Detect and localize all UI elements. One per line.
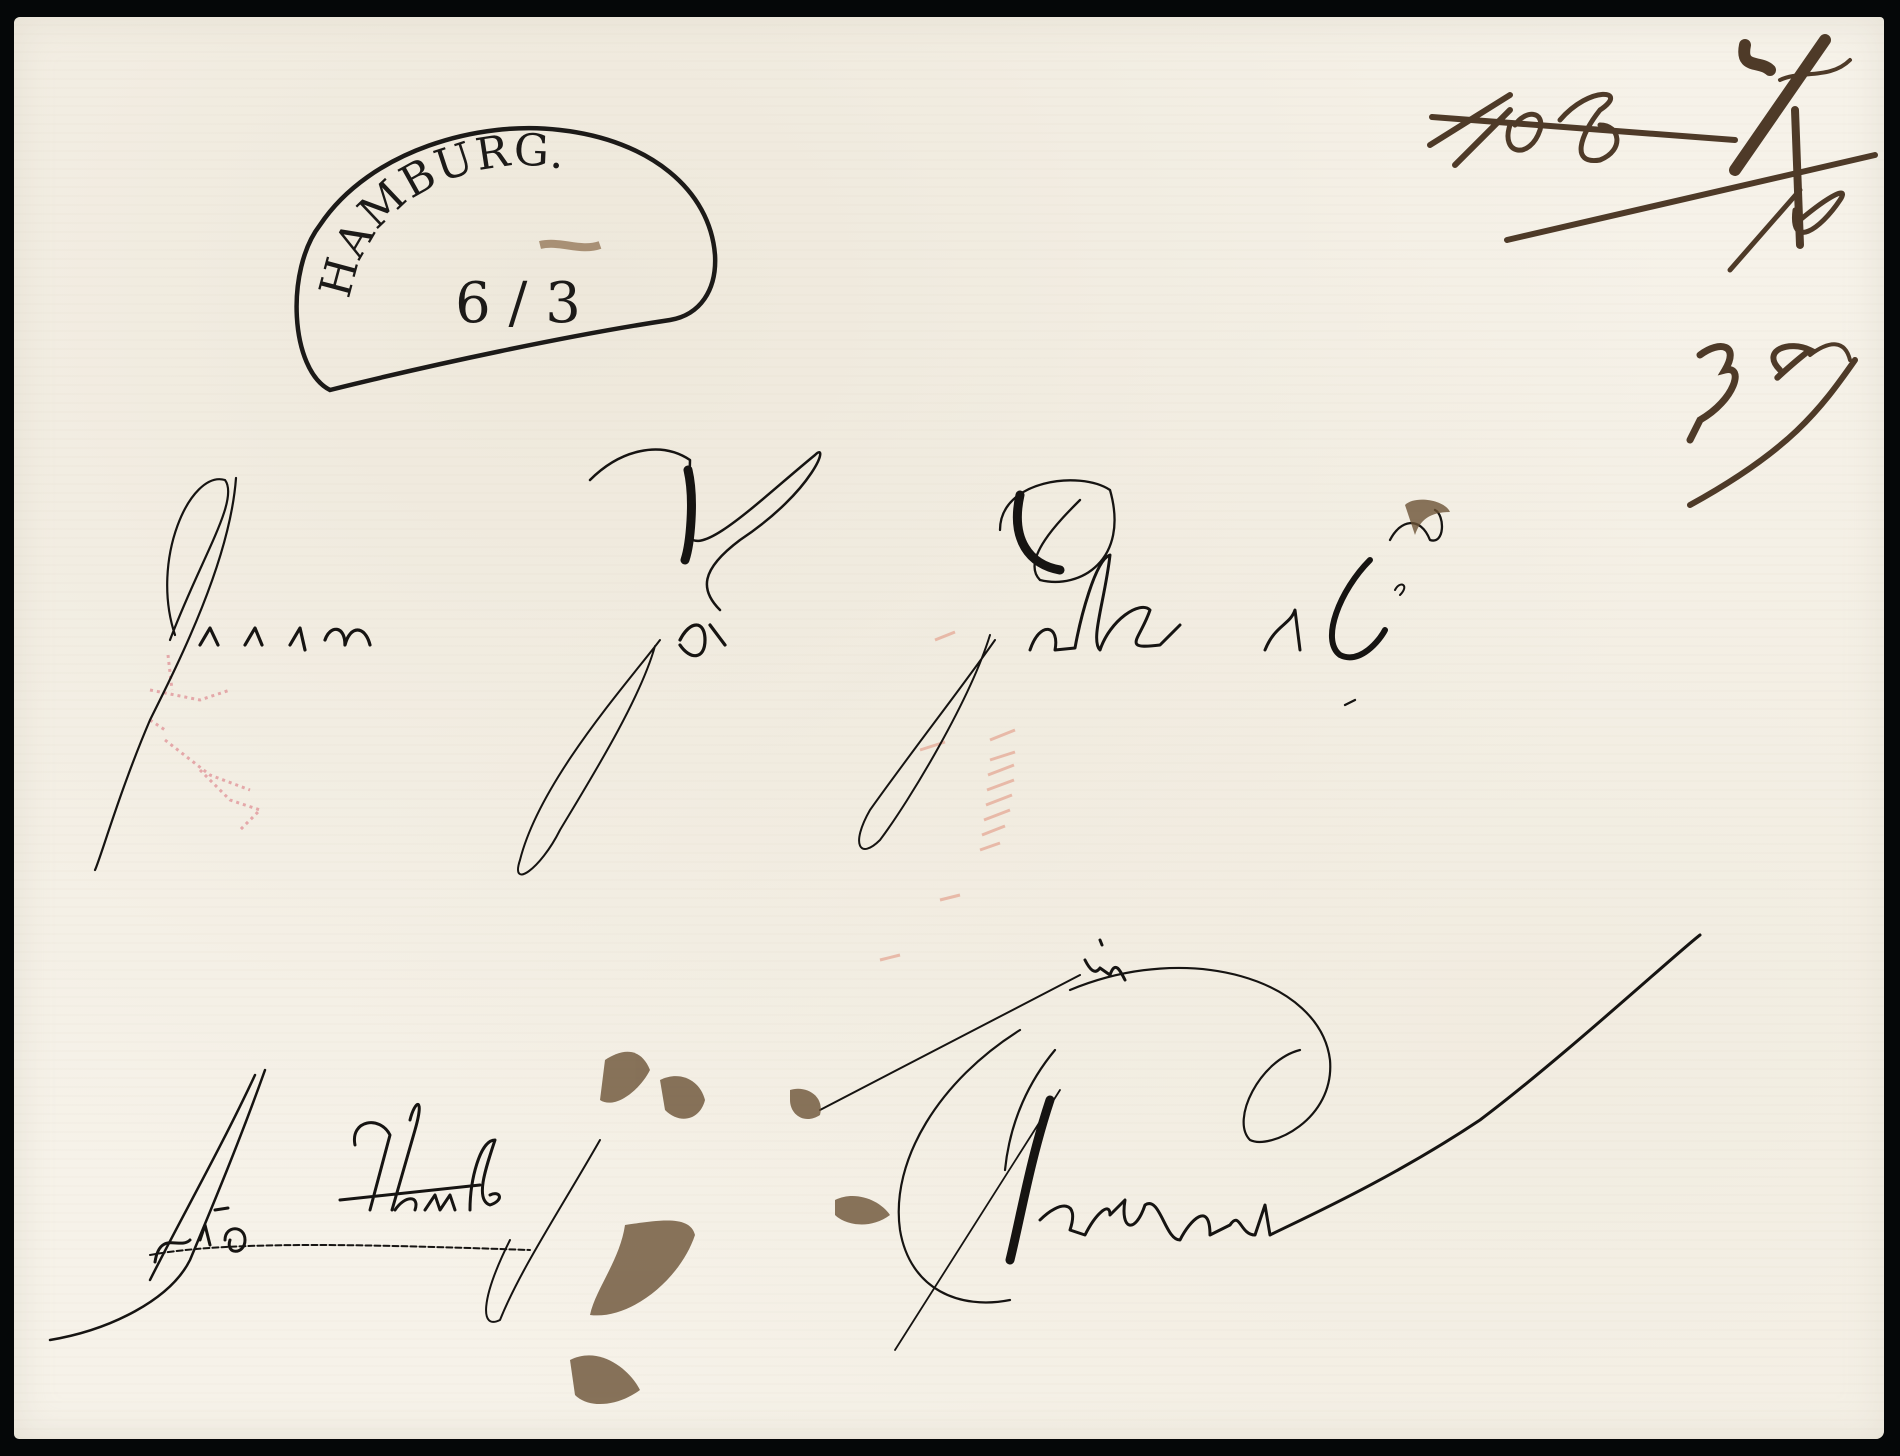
cover-markings: HAMBURG. 6 / 3 406 xyxy=(0,0,1900,1456)
red-transit-mark-left xyxy=(150,655,260,830)
hamburg-postmark: HAMBURG. 6 / 3 xyxy=(297,124,716,390)
ink-stains xyxy=(570,500,1450,1404)
red-transit-mark-center xyxy=(880,632,1015,960)
postmark-date: 6 / 3 xyxy=(455,271,581,336)
rate-markings xyxy=(1430,40,1875,505)
rate-crossed: 406 xyxy=(0,0,31,4)
